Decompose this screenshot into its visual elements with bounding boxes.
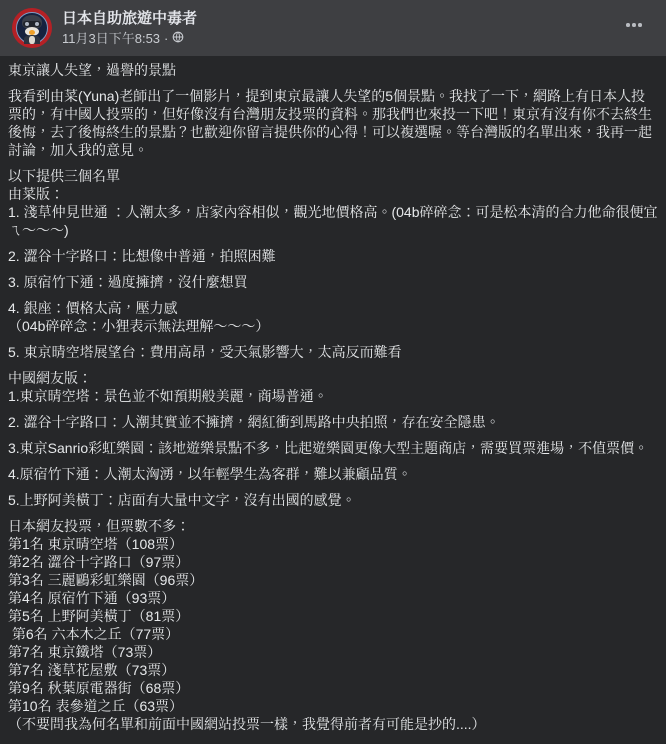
post-paragraph: 5. 東京晴空塔展望台：費用高昂，受天氣影響大，太高反而難看 xyxy=(8,343,658,361)
post-paragraph: 我看到由菜(Yuna)老師出了一個影片，提到東京最讓人失望的5個景點。我找了一下… xyxy=(8,87,658,159)
mascot-chest-icon xyxy=(29,36,35,44)
three-dots-icon xyxy=(626,23,630,27)
facebook-post-card: 日本自助旅遊中毒者 11月3日下午8:53 · 東京讓人失望，過譽的景點我看到由… xyxy=(0,0,666,744)
post-paragraph: 2. 澀谷十字路口：人潮其實並不擁擠，網紅衝到馬路中央拍照，存在安全隱患。 xyxy=(8,413,658,431)
more-options-button[interactable] xyxy=(618,9,650,41)
post-paragraph: 東京讓人失望，過譽的景點 xyxy=(8,61,658,79)
three-dots-icon xyxy=(638,23,642,27)
globe-icon xyxy=(172,31,184,47)
meta-separator: · xyxy=(164,31,168,47)
post-paragraph: 4.原宿竹下通：人潮太洶湧，以年輕學生為客群，難以兼顧品質。 xyxy=(8,465,658,483)
page-avatar[interactable] xyxy=(12,8,52,48)
post-paragraph: 2. 澀谷十字路口：比想像中普通，拍照困難 xyxy=(8,247,658,265)
post-meta: 11月3日下午8:53 · xyxy=(62,31,618,47)
post-paragraph: 中國網友版： 1.東京晴空塔：景色並不如預期般美麗，商場普通。 xyxy=(8,369,658,405)
post-paragraph: 日本網友投票，但票數不多： 第1名 東京晴空塔（108票） 第2名 澀谷十字路口… xyxy=(8,517,658,733)
timestamp-link[interactable]: 11月3日下午8:53 xyxy=(62,31,160,47)
header-text-block: 日本自助旅遊中毒者 11月3日下午8:53 · xyxy=(62,9,618,47)
post-header: 日本自助旅遊中毒者 11月3日下午8:53 · xyxy=(0,0,666,56)
post-content: 東京讓人失望，過譽的景點我看到由菜(Yuna)老師出了一個影片，提到東京最讓人失… xyxy=(0,56,666,744)
post-paragraph: 3.東京Sanrio彩虹樂園：該地遊樂景點不多，比起遊樂園更像大型主題商店，需要… xyxy=(8,439,658,457)
three-dots-icon xyxy=(632,23,636,27)
post-paragraph: 5.上野阿美橫丁：店面有大量中文字，沒有出國的感覺。 xyxy=(8,491,658,509)
post-paragraph: 以下提供三個名單 由菜版： 1. 淺草仲見世通 ：人潮太多，店家內容相似，觀光地… xyxy=(8,167,658,239)
post-paragraph: 3. 原宿竹下通：過度擁擠，沒什麼想買 xyxy=(8,273,658,291)
page-name-link[interactable]: 日本自助旅遊中毒者 xyxy=(62,9,618,28)
post-paragraph: 4. 銀座：價格太高，壓力感 （04b碎碎念：小狸表示無法理解～～～） xyxy=(8,299,658,335)
